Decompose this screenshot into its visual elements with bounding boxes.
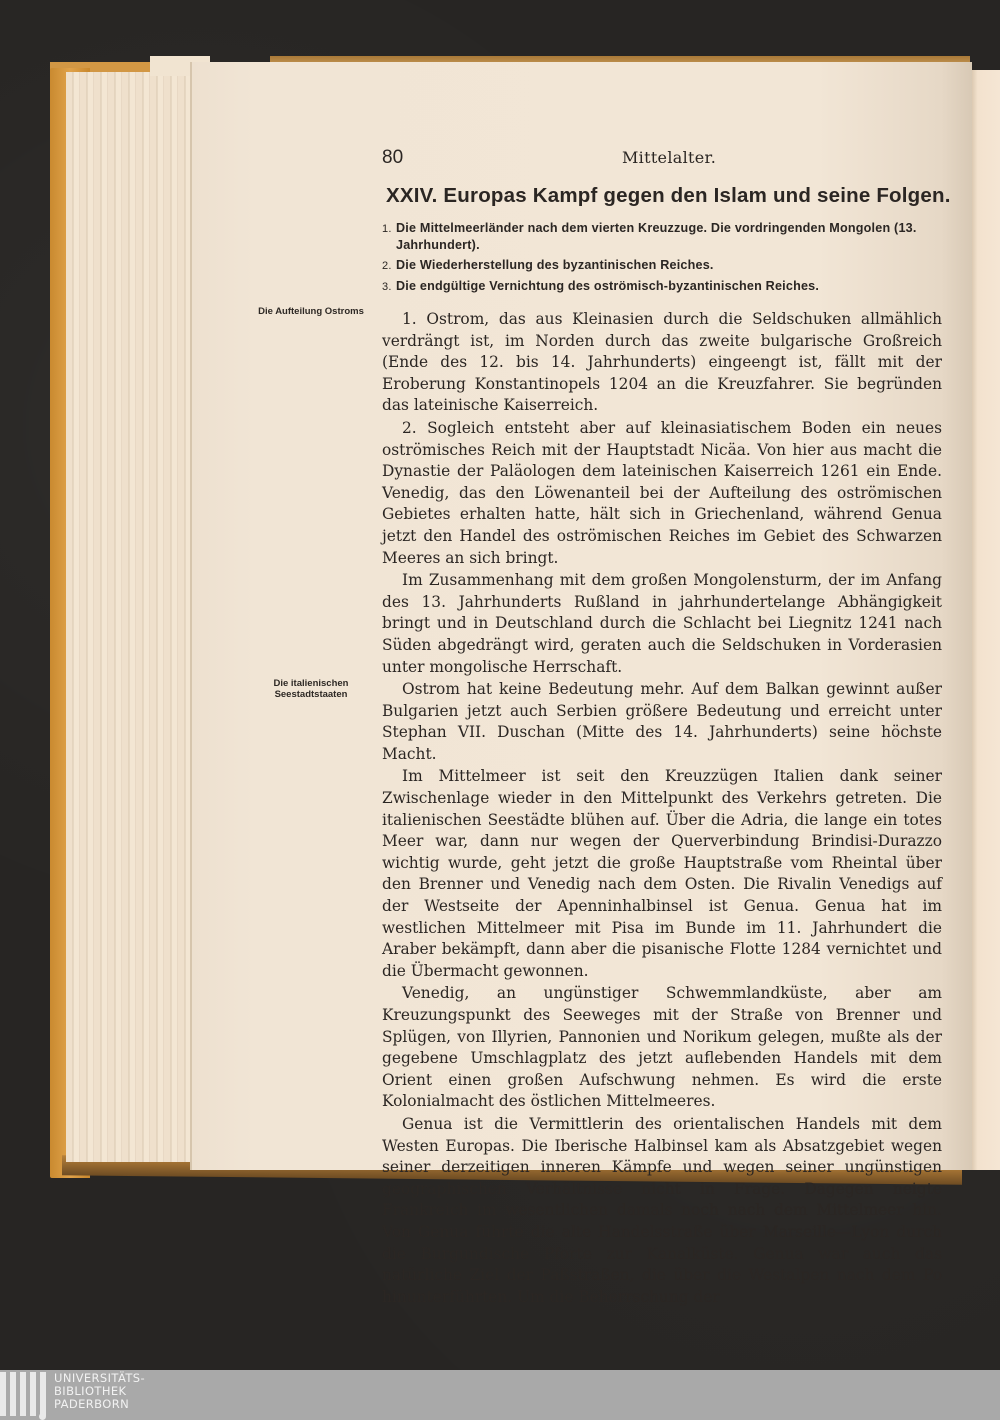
library-logo: UNIVERSITÄTS- BIBLIOTHEK PADERBORN: [0, 1370, 145, 1420]
paragraph: 2. Sogleich entsteht aber auf kleinasiat…: [382, 418, 942, 569]
paragraph: Genua ist die Vermittlerin des orientali…: [382, 1114, 942, 1308]
page-number: 80: [382, 147, 403, 169]
page-stack: [66, 72, 196, 1162]
toc-item: 3.Die endgültige Vernichtung des oströmi…: [382, 278, 942, 295]
paragraph: 1. Ostrom, das aus Kleinasien durch die …: [382, 309, 942, 417]
paragraph: Im Mittelmeer ist seit den Kreuzzügen It…: [382, 766, 942, 982]
facing-page-edge: [968, 70, 1000, 1170]
toc-item: 1.Die Mittelmeerländer nach dem vierten …: [382, 220, 942, 253]
library-logo-mark-icon: [0, 1370, 46, 1416]
library-footer-bar: [0, 1370, 1000, 1420]
paragraph: Venedig, an ungünstiger Schwemmlandküste…: [382, 983, 942, 1113]
book-page: 80 Mittelalter. XXIV. Europas Kampf gege…: [190, 62, 972, 1170]
body-text: 1. Ostrom, das aus Kleinasien durch die …: [382, 309, 942, 1308]
paragraph: Ostrom hat keine Bedeutung mehr. Auf dem…: [382, 679, 942, 765]
margin-note: Die italienischen Seestadtstaaten: [256, 678, 366, 700]
chapter-contents: 1.Die Mittelmeerländer nach dem vierten …: [382, 220, 942, 299]
toc-item: 2.Die Wiederherstellung des byzantinisch…: [382, 257, 942, 274]
running-head-title: Mittelalter.: [622, 148, 716, 167]
margin-note: Die Aufteilung Ostroms: [256, 306, 366, 317]
chapter-title: XXIV. Europas Kampf gegen den Islam und …: [386, 184, 946, 208]
library-name: UNIVERSITÄTS- BIBLIOTHEK PADERBORN: [54, 1370, 145, 1411]
paragraph: Im Zusammenhang mit dem großen Mongolens…: [382, 570, 942, 678]
